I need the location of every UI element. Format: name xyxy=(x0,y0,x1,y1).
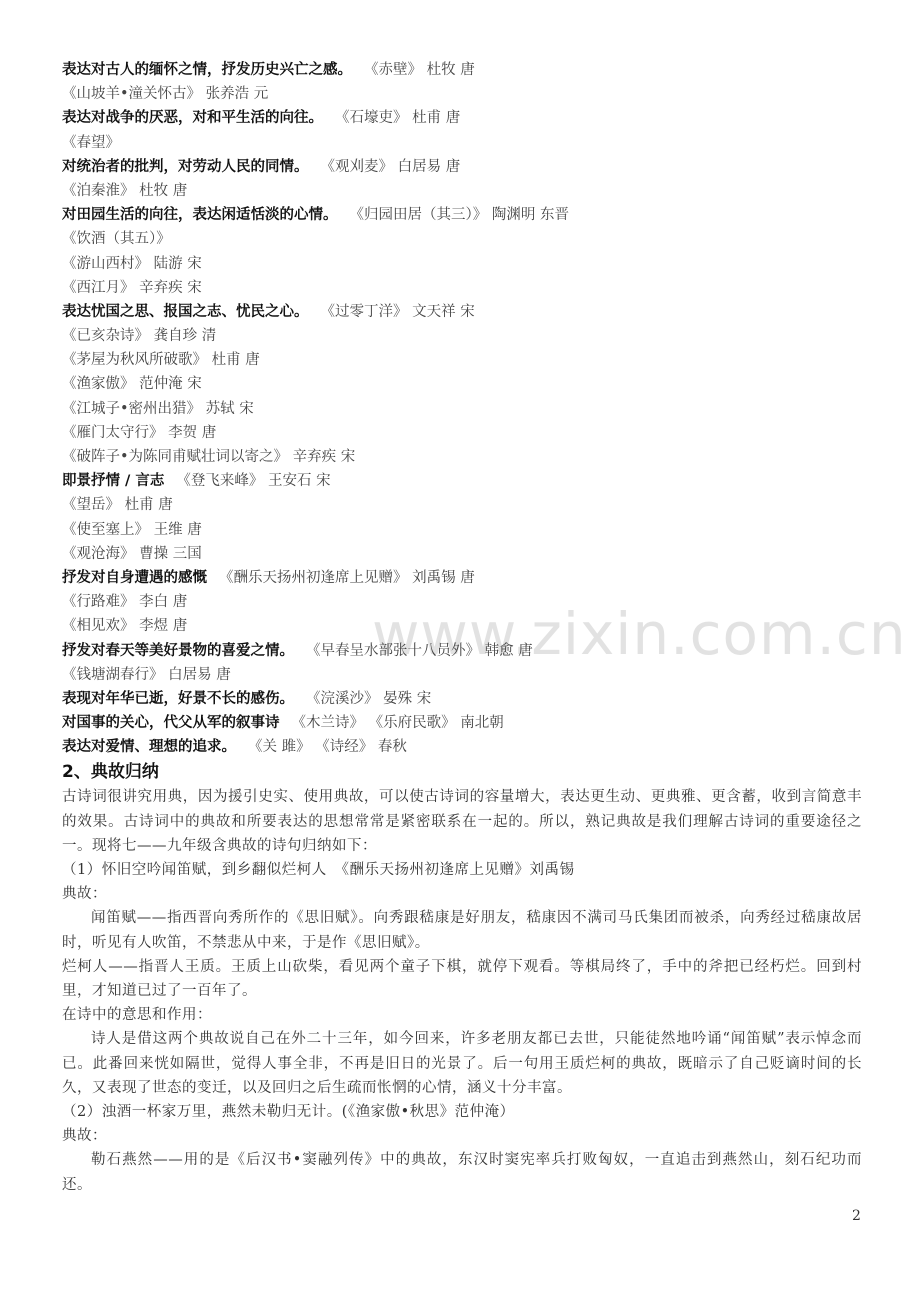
theme-line: 即景抒情 / 言志《登飞来峰》 王安石 宋 xyxy=(62,469,862,493)
work-text: 《赤壁》 杜牧 唐 xyxy=(364,62,475,78)
intro-paragraph: 古诗词很讲究用典，因为援引史实、使用典故，可以使古诗词的容量增大，表达更生动、更… xyxy=(62,785,862,858)
theme-line: 表达忧国之思、报国之志、忧民之心。《过零丁洋》 文天祥 宋 xyxy=(62,300,862,324)
work-text: 《春望》 xyxy=(62,135,120,151)
work-text: 《关 雎》 《诗经》 春秋 xyxy=(248,739,407,755)
item1-title: （1）怀旧空吟闻笛赋，到乡翻似烂柯人 《酬乐天扬州初逢席上见赠》刘禹锡 xyxy=(62,858,862,882)
theme-text: 对田园生活的向往，表达闲适恬淡的心情。 xyxy=(62,207,338,223)
theme-text: 表现对年华已逝，好景不长的感伤。 xyxy=(62,691,294,707)
theme-text: 抒发对春天等美好景物的喜爱之情。 xyxy=(62,643,294,659)
work-text: 《泊秦淮》 杜牧 唐 xyxy=(62,183,187,199)
work-text: 《西江月》 辛弃疾 宋 xyxy=(62,280,202,296)
work-text: 《使至塞上》 王维 唐 xyxy=(62,522,202,538)
theme-line: 表达对战争的厌恶，对和平生活的向往。《石壕吏》 杜甫 唐 xyxy=(62,106,862,130)
allusion-label: 典故： xyxy=(62,882,862,906)
meaning-label: 在诗中的意思和作用： xyxy=(62,1003,862,1027)
theme-line: 表达对古人的缅怀之情，抒发历史兴亡之感。《赤壁》 杜牧 唐 xyxy=(62,58,862,82)
work-text: 《破阵子•为陈同甫赋壮词以寄之》 辛弃疾 宋 xyxy=(62,449,355,465)
meaning-paragraph: 诗人是借这两个典故说自己在外二十三年，如今回来，许多老朋友都已去世，只能徒然地吟… xyxy=(62,1027,862,1100)
work-text: 《登飞来峰》 王安石 宋 xyxy=(176,473,330,489)
work-text: 《酬乐天扬州初逢席上见赠》 刘禹锡 唐 xyxy=(219,570,475,586)
work-text: 《石壕吏》 杜甫 唐 xyxy=(335,110,460,126)
allusion-paragraph: 勒石燕然——用的是《后汉书•窦融列传》中的典故，东汉时窦宪率兵打败匈奴，一直追击… xyxy=(62,1148,862,1196)
work-text: 《过零丁洋》 文天祥 宋 xyxy=(321,304,475,320)
theme-line: 《江城子•密州出猎》 苏轼 宋 xyxy=(62,397,862,421)
theme-list: 表达对古人的缅怀之情，抒发历史兴亡之感。《赤壁》 杜牧 唐 《山坡羊•潼关怀古》… xyxy=(62,58,862,759)
theme-line: 《望岳》 杜甫 唐 xyxy=(62,493,862,517)
theme-line: 《使至塞上》 王维 唐 xyxy=(62,518,862,542)
theme-text: 对国事的关心，代父从军的叙事诗 xyxy=(62,715,280,731)
work-text: 《浣溪沙》 晏殊 宋 xyxy=(306,691,431,707)
work-text: 《饮酒（其五）》 xyxy=(62,231,171,247)
theme-line: 《泊秦淮》 杜牧 唐 xyxy=(62,179,862,203)
work-text: 《望岳》 杜甫 唐 xyxy=(62,497,173,513)
work-text: 《钱塘湖春行》 白居易 唐 xyxy=(62,667,231,683)
work-text: 《江城子•密州出猎》 苏轼 宋 xyxy=(62,401,254,417)
work-text: 《木兰诗》 《乐府民歌》 南北朝 xyxy=(292,715,504,731)
work-text: 《已亥杂诗》 龚自珍 清 xyxy=(62,328,216,344)
section-allusions: 2、典故归纳 古诗词很讲究用典，因为援引史实、使用典故，可以使古诗词的容量增大，… xyxy=(62,759,862,1196)
work-text: 《观刈麦》 白居易 唐 xyxy=(321,159,461,175)
theme-line: 《饮酒（其五）》 xyxy=(62,227,862,251)
theme-line: 表达对爱情、理想的追求。《关 雎》 《诗经》 春秋 xyxy=(62,735,862,759)
theme-line: 《已亥杂诗》 龚自珍 清 xyxy=(62,324,862,348)
theme-line: 对统治者的批判，对劳动人民的同情。《观刈麦》 白居易 唐 xyxy=(62,155,862,179)
work-text: 《渔家傲》 范仲淹 宋 xyxy=(62,376,202,392)
theme-line: 对田园生活的向往，表达闲适恬淡的心情。《归园田居（其三）》 陶渊明 东晋 xyxy=(62,203,862,227)
work-text: 《雁门太守行》 李贺 唐 xyxy=(62,425,216,441)
work-text: 《早春呈水部张十八员外》 韩愈 唐 xyxy=(306,643,533,659)
theme-line: 《雁门太守行》 李贺 唐 xyxy=(62,421,862,445)
theme-line: 表现对年华已逝，好景不长的感伤。《浣溪沙》 晏殊 宋 xyxy=(62,687,862,711)
theme-text: 对统治者的批判，对劳动人民的同情。 xyxy=(62,159,309,175)
theme-line: 《钱塘湖春行》 白居易 唐 xyxy=(62,663,862,687)
allusion-paragraph: 闻笛赋——指西晋向秀所作的《思旧赋》。向秀跟嵇康是好朋友，嵇康因不满司马氏集团而… xyxy=(62,906,862,954)
allusion-paragraph: 烂柯人——指晋人王质。王质上山砍柴，看见两个童子下棋，就停下观看。等棋局终了，手… xyxy=(62,955,862,1003)
work-text: 《茅屋为秋风所破歌》 杜甫 唐 xyxy=(62,352,260,368)
theme-line: 《破阵子•为陈同甫赋壮词以寄之》 辛弃疾 宋 xyxy=(62,445,862,469)
document-page: 表达对古人的缅怀之情，抒发历史兴亡之感。《赤壁》 杜牧 唐 《山坡羊•潼关怀古》… xyxy=(62,58,862,1197)
theme-line: 《观沧海》 曹操 三国 xyxy=(62,542,862,566)
theme-line: 抒发对自身遭遇的感慨《酬乐天扬州初逢席上见赠》 刘禹锡 唐 xyxy=(62,566,862,590)
work-text: 《观沧海》 曹操 三国 xyxy=(62,546,202,562)
work-text: 《相见欢》 李煜 唐 xyxy=(62,618,187,634)
theme-line: 《行路难》 李白 唐 xyxy=(62,590,862,614)
theme-text: 表达对爱情、理想的追求。 xyxy=(62,739,236,755)
theme-line: 《春望》 xyxy=(62,131,862,155)
theme-line: 《渔家傲》 范仲淹 宋 xyxy=(62,372,862,396)
theme-line: 对国事的关心，代父从军的叙事诗《木兰诗》 《乐府民歌》 南北朝 xyxy=(62,711,862,735)
work-text: 《山坡羊•潼关怀古》 张养浩 元 xyxy=(62,86,268,102)
theme-line: 《西江月》 辛弃疾 宋 xyxy=(62,276,862,300)
theme-line: 《茅屋为秋风所破歌》 杜甫 唐 xyxy=(62,348,862,372)
theme-line: 《游山西村》 陆游 宋 xyxy=(62,252,862,276)
theme-text: 表达对古人的缅怀之情，抒发历史兴亡之感。 xyxy=(62,62,352,78)
work-text: 《游山西村》 陆游 宋 xyxy=(62,256,202,272)
allusion-label: 典故： xyxy=(62,1124,862,1148)
work-text: 《行路难》 李白 唐 xyxy=(62,594,187,610)
theme-text: 抒发对自身遭遇的感慨 xyxy=(62,570,207,586)
section-heading: 2、典故归纳 xyxy=(62,759,862,785)
theme-text: 表达忧国之思、报国之志、忧民之心。 xyxy=(62,304,309,320)
theme-line: 《山坡羊•潼关怀古》 张养浩 元 xyxy=(62,82,862,106)
item2-title: （2）浊酒一杯家万里，燕然未勒归无计。(《渔家傲•秋思》范仲淹） xyxy=(62,1100,862,1124)
theme-text: 表达对战争的厌恶，对和平生活的向往。 xyxy=(62,110,323,126)
theme-line: 《相见欢》 李煜 唐 xyxy=(62,614,862,638)
work-text: 《归园田居（其三）》 陶渊明 东晋 xyxy=(350,207,569,223)
theme-line: 抒发对春天等美好景物的喜爱之情。《早春呈水部张十八员外》 韩愈 唐 xyxy=(62,639,862,663)
theme-text: 即景抒情 / 言志 xyxy=(62,473,164,489)
page-number: 2 xyxy=(852,1208,861,1224)
